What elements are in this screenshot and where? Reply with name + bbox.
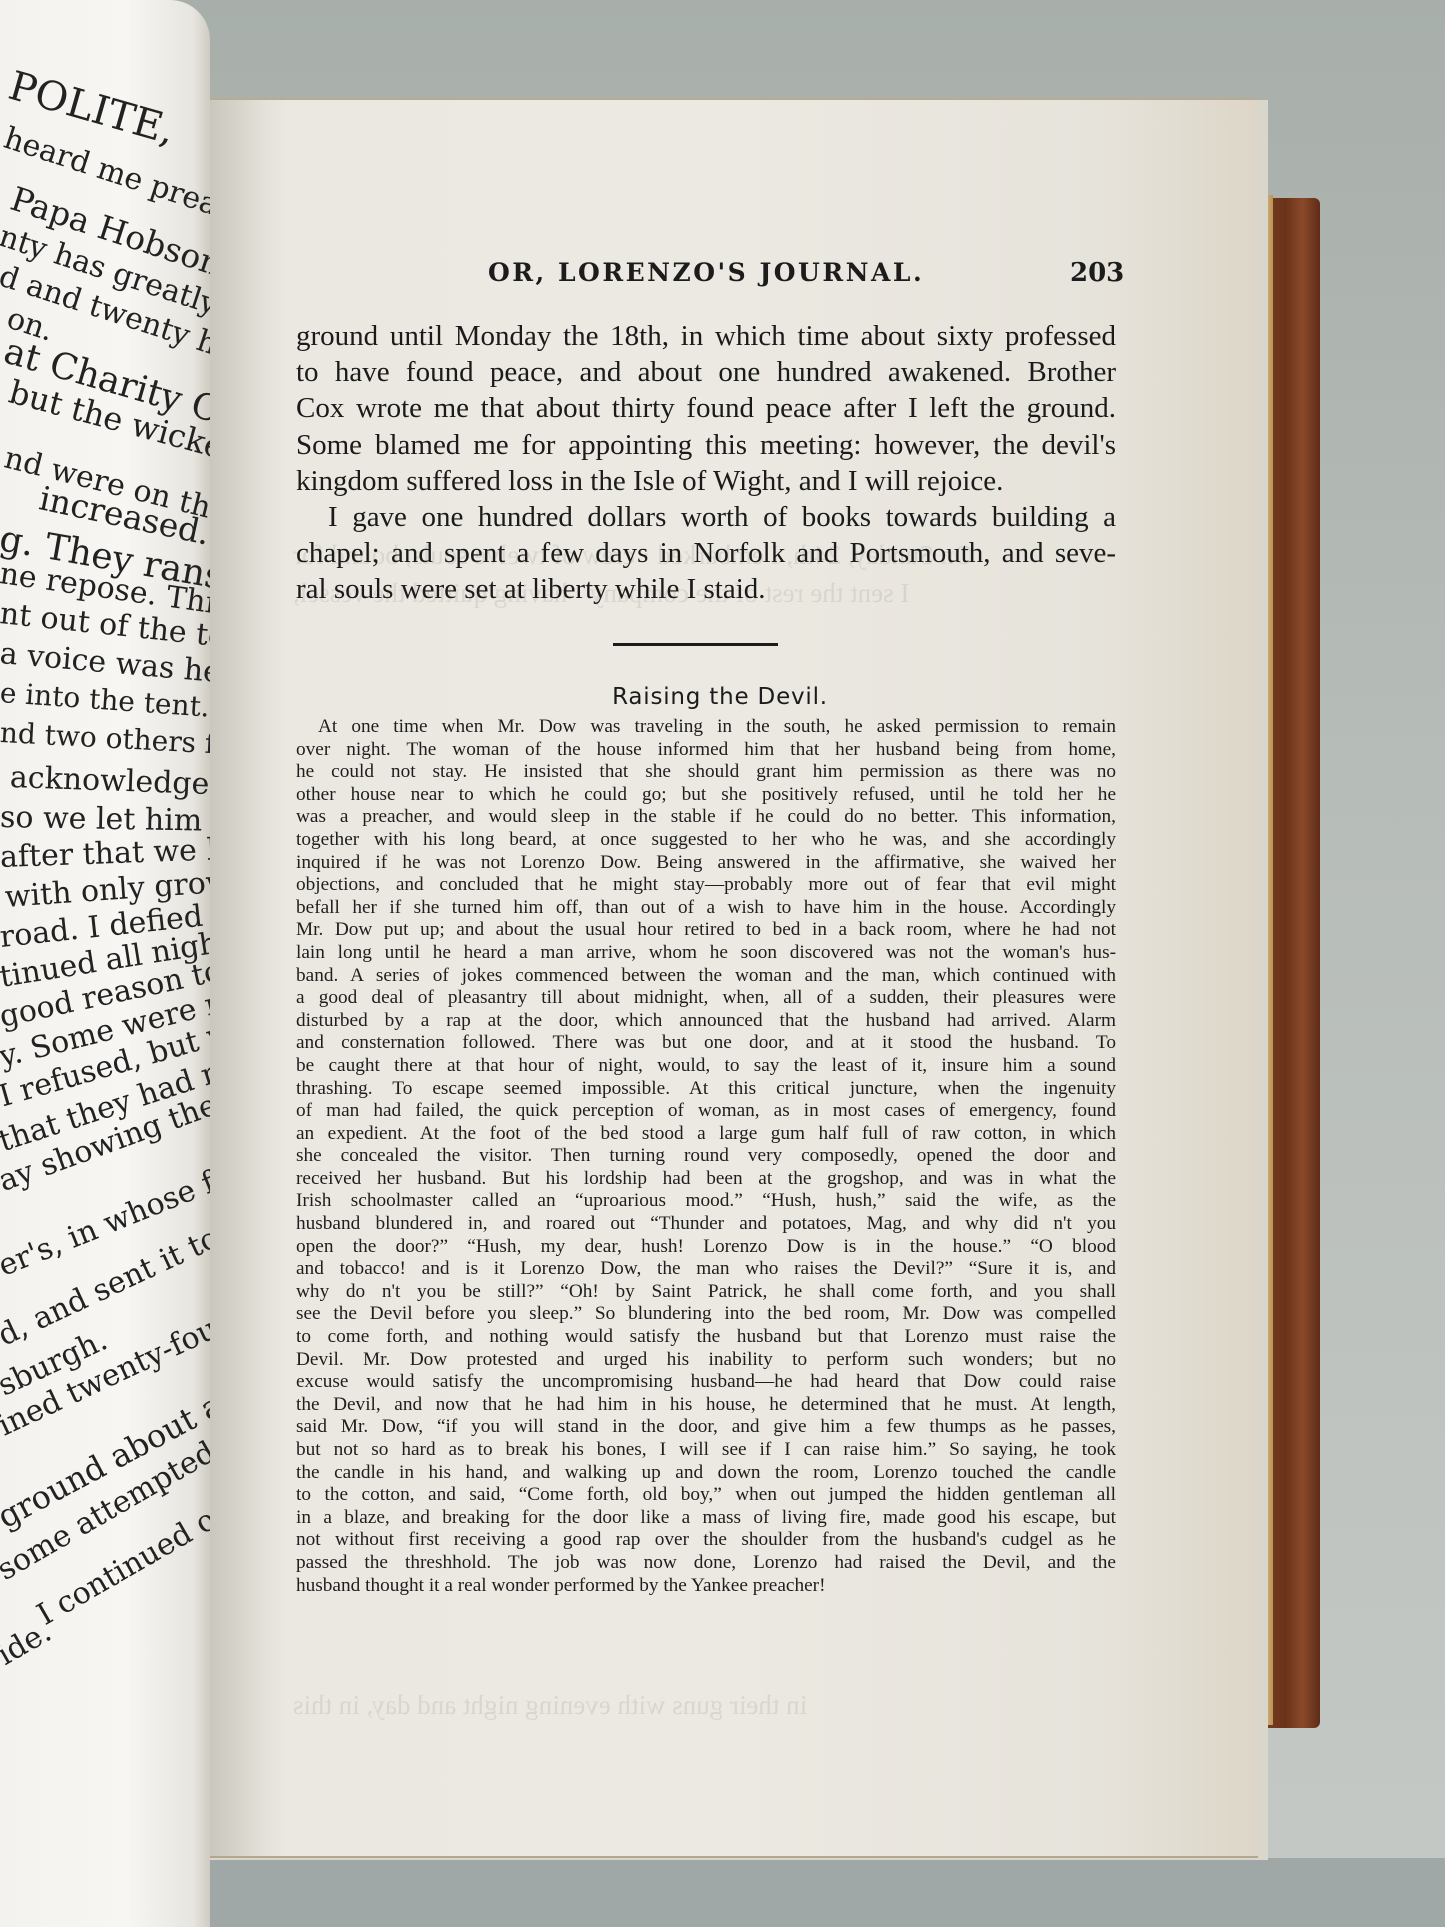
left-page: POLITE,heard me preach—wPapa Hobson's, w… [0, 0, 210, 1927]
story-line: At one time when Mr. Dow was traveling i… [296, 716, 1116, 739]
story-line: other house near to which he could go; b… [296, 784, 1116, 807]
story-line: was a preacher, and would sleep in the s… [296, 806, 1116, 829]
story-line: passed the threshhold. The job was now d… [296, 1552, 1116, 1575]
story-line: Devil. Mr. Dow protested and urged his i… [296, 1349, 1116, 1372]
story-line: to come forth, and nothing would satisfy… [296, 1326, 1116, 1349]
section-divider [613, 643, 778, 646]
story-line: over night. The woman of the house infor… [296, 739, 1116, 762]
story-line: Irish schoolmaster called an “uproarious… [296, 1190, 1116, 1213]
text-line: Cox wrote me that about thirty found pea… [296, 390, 1116, 426]
text-line: chapel; and spent a few days in Norfolk … [296, 535, 1116, 571]
story-line: in a blaze, and breaking for the door li… [296, 1507, 1116, 1530]
story-line: disturbed by a rap at the door, which an… [296, 1010, 1116, 1033]
table-surface [0, 1858, 1445, 1927]
text-line: ground until Monday the 18th, in which t… [296, 318, 1116, 354]
facing-page-line: nd two others fled be [0, 716, 210, 765]
page-number: 203 [1070, 258, 1124, 288]
story-line: of man had failed, the quick perception … [296, 1100, 1116, 1123]
story-line: received her husband. But his lordship h… [296, 1168, 1116, 1191]
story-line: not without first receiving a good rap o… [296, 1529, 1116, 1552]
story-line: band. A series of jokes commenced betwee… [296, 965, 1116, 988]
story-text: At one time when Mr. Dow was traveling i… [296, 716, 1116, 1597]
section-title: Raising the Devil. [430, 684, 1010, 710]
story-line: why do n't you be still?” “Oh! by Saint … [296, 1281, 1116, 1304]
text-line: ral souls were set at liberty while I st… [296, 571, 1116, 607]
text-line: Some blamed me for appointing this meeti… [296, 427, 1116, 463]
story-line: but not so hard as to break his bones, I… [296, 1439, 1116, 1462]
story-line: he could not stay. He insisted that she … [296, 761, 1116, 784]
story-line: a good deal of pleasantry till about mid… [296, 987, 1116, 1010]
story-line: thrashing. To escape seemed impossible. … [296, 1078, 1116, 1101]
story-line: and tobacco! and is it Lorenzo Dow, the … [296, 1258, 1116, 1281]
text-line: I gave one hundred dollars worth of book… [296, 499, 1116, 535]
story-line: an expedient. At the foot of the bed sto… [296, 1123, 1116, 1146]
text-line: to have found peace, and about one hundr… [296, 354, 1116, 390]
story-line: open the door?” “Hush, my dear, hush! Lo… [296, 1236, 1116, 1259]
story-line: befall her if she turned him off, than o… [296, 897, 1116, 920]
story-line: husband thought it a real wonder perform… [296, 1575, 1116, 1598]
story-line: said Mr. Dow, “if you will stand in the … [296, 1416, 1116, 1439]
facing-page-line: acknowledged his s [9, 760, 210, 805]
story-line: the Devil, and now that he had him in hi… [296, 1394, 1116, 1417]
story-line: to the cotton, and said, “Come forth, ol… [296, 1484, 1116, 1507]
show-through-text: in their guns with evening night and day… [293, 1690, 807, 1721]
running-head: OR, LORENZO'S JOURNAL. [488, 258, 924, 287]
story-line: lain long until he heard a man arrive, w… [296, 942, 1116, 965]
story-line: objections, and concluded that he might … [296, 874, 1116, 897]
text-line: kingdom suffered loss in the Isle of Wig… [296, 463, 1116, 499]
story-line: husband blundered in, and roared out “Th… [296, 1213, 1116, 1236]
story-line: see the Devil before you sleep.” So blun… [296, 1303, 1116, 1326]
story-line: inquired if he was not Lorenzo Dow. Bein… [296, 852, 1116, 875]
story-line: the candle in his hand, and walking up a… [296, 1462, 1116, 1485]
story-line: excuse would satisfy the uncompromising … [296, 1371, 1116, 1394]
story-line: be caught there at that hour of night, w… [296, 1055, 1116, 1078]
story-line: together with his long beard, at once su… [296, 829, 1116, 852]
story-line: she concealed the visitor. Then turning … [296, 1145, 1116, 1168]
book-photo: On Sunday, 24th, I embarked · crew of tw… [0, 0, 1445, 1927]
journal-text: ground until Monday the 18th, in which t… [296, 318, 1116, 608]
story-line: and consternation followed. There was bu… [296, 1032, 1116, 1055]
story-line: Mr. Dow put up; and about the usual hour… [296, 919, 1116, 942]
